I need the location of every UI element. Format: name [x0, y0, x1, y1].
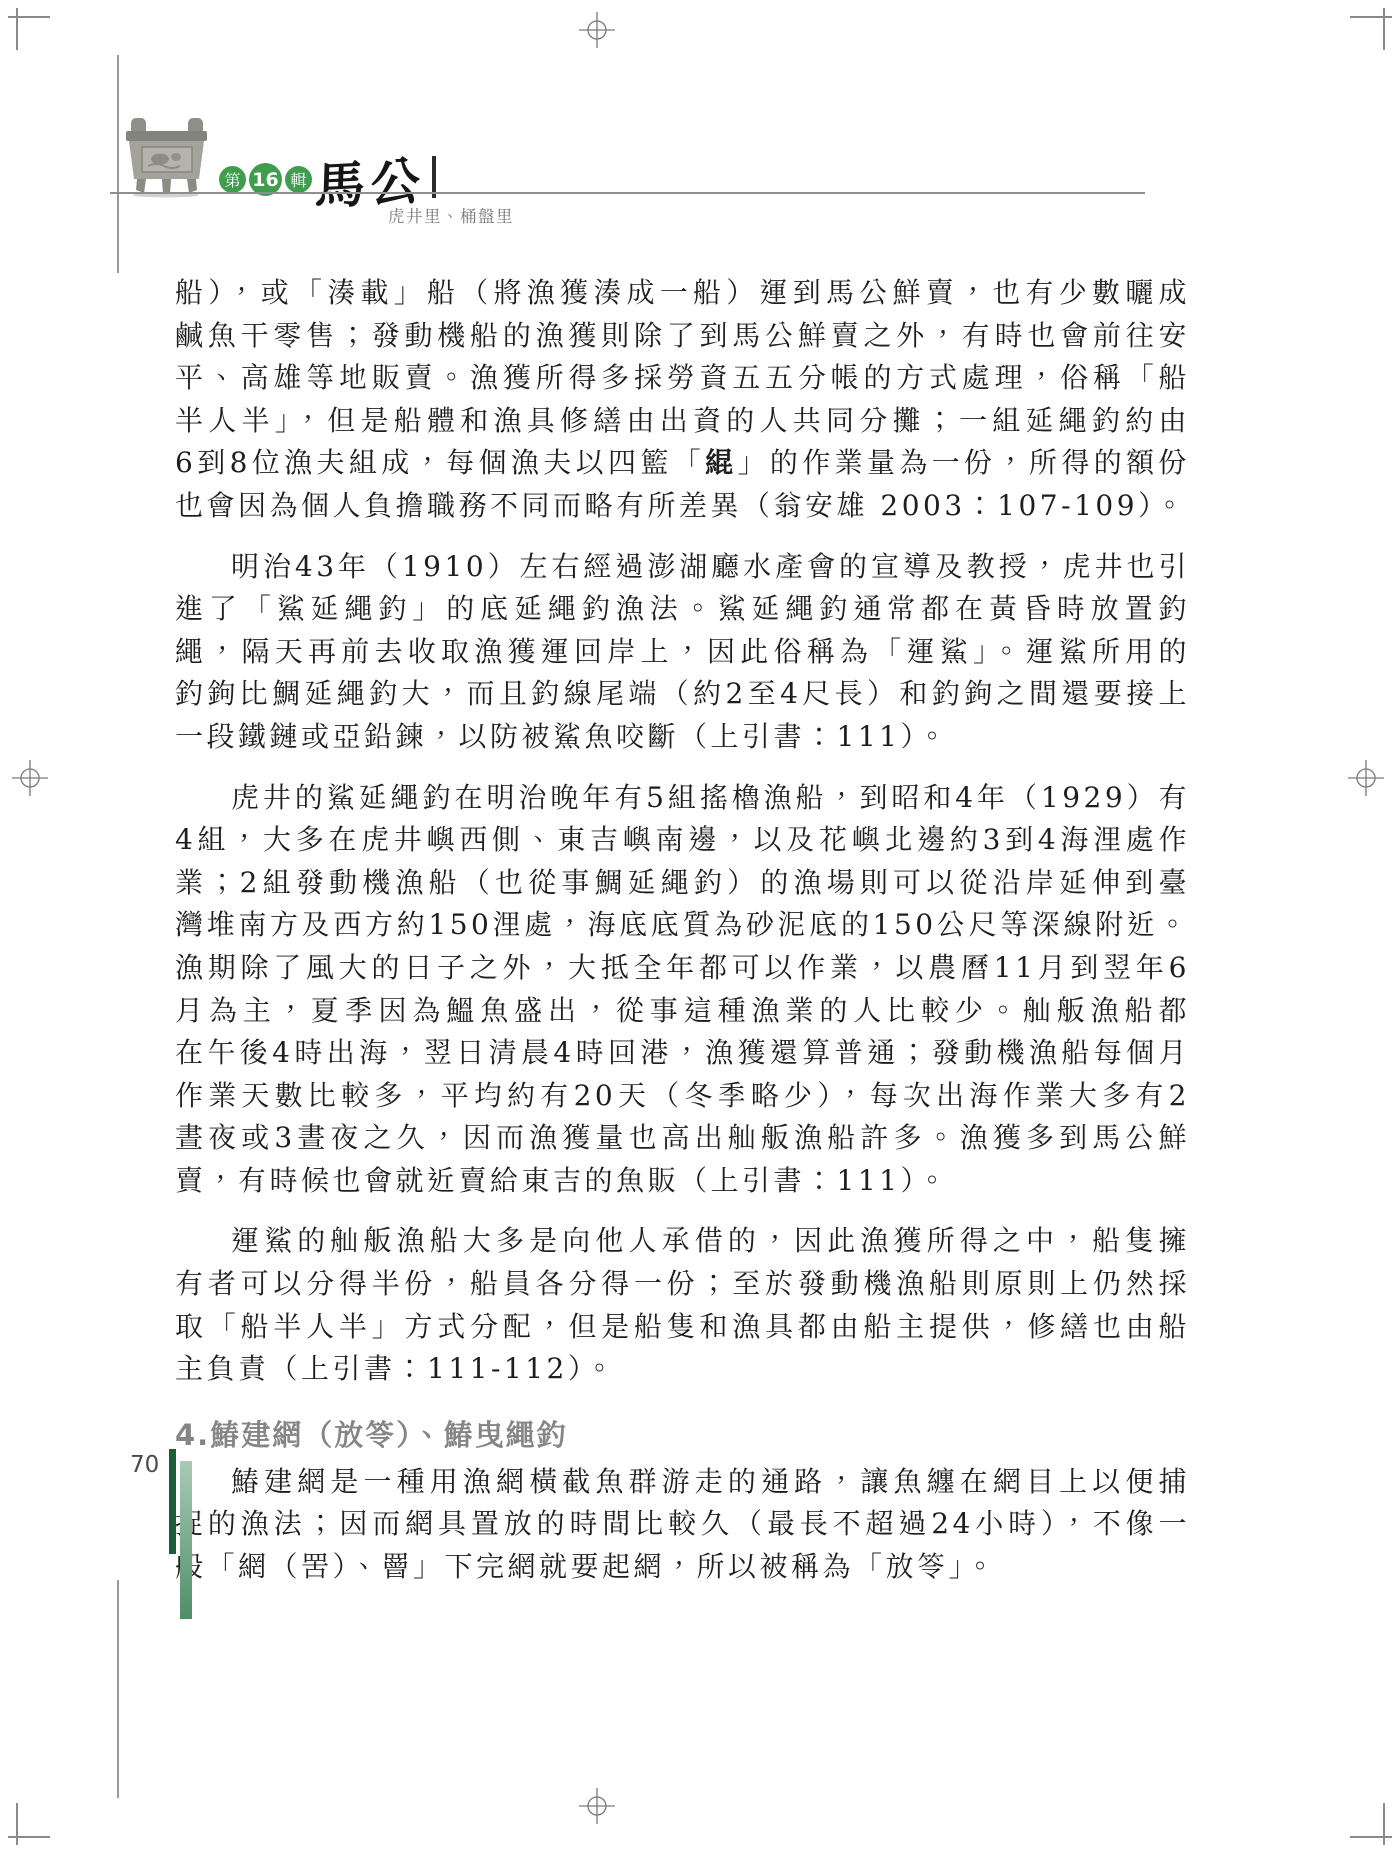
book-page: 第 16 輯 馬公 虎井里、桶盤里 船），或「湊載」船（將漁獲湊成一船）運到馬公… [0, 0, 1400, 1853]
text-line: 半人半」，但是船體和漁具修繕由出資的人共同分攤；一組延繩釣約由 [175, 400, 1190, 443]
trim-mark [1383, 8, 1385, 50]
text-line: 虎井的鯊延繩釣在明治晚年有5組搖櫓漁船，到昭和4年（1929）有 [175, 777, 1190, 820]
text-line: 鰆建網是一種用漁網橫截魚群游走的通路，讓魚纏在網目上以便捕 [175, 1461, 1190, 1504]
badge-prefix: 第 [219, 166, 246, 193]
text-line: 運鯊的舢舨漁船大多是向他人承借的，因此漁獲所得之中，船隻擁 [175, 1220, 1190, 1263]
text-line: 主負責（上引書：111-112）。 [175, 1348, 1190, 1391]
text-line: 平、高雄等地販賣。漁獲所得多採勞資五五分帳的方式處理，俗稱「船 [175, 357, 1190, 400]
registration-mark [12, 760, 48, 796]
footer-accent-bar-light [180, 1461, 192, 1619]
text-line: 進了「鯊延繩釣」的底延繩釣漁法。鯊延繩釣通常都在黃昏時放置釣 [175, 588, 1190, 631]
registration-mark [1348, 760, 1384, 796]
text-line: 有者可以分得半份，船員各分得一份；至於發動機漁船則原則上仍然採 [175, 1263, 1190, 1306]
text-line: 捉的漁法；因而網具置放的時間比較久（最長不超過24小時），不像一 [175, 1503, 1190, 1546]
paragraph: 船），或「湊載」船（將漁獲湊成一船）運到馬公鮮賣，也有少數曬成鹹魚干零售；發動機… [175, 272, 1190, 528]
text-column: 船），或「湊載」船（將漁獲湊成一船）運到馬公鮮賣，也有少數曬成鹹魚干零售；發動機… [175, 272, 1190, 1607]
text-line: 灣堆南方及西方約150浬處，海底底質為砂泥底的150公尺等深線附近。 [175, 904, 1190, 947]
text-line: 般「網（罟）、罾」下完網就要起網，所以被稱為「放笭」。 [175, 1546, 1190, 1589]
text-line: 作業天數比較多，平均約有20天（冬季略少），每次出海作業大多有2 [175, 1075, 1190, 1118]
text-line: 在午後4時出海，翌日清晨4時回港，漁獲還算普通；發動機漁船每個月 [175, 1032, 1190, 1075]
trim-mark [1350, 16, 1392, 18]
trim-mark [1383, 1803, 1385, 1845]
paragraph: 運鯊的舢舨漁船大多是向他人承借的，因此漁獲所得之中，船隻擁有者可以分得半份，船員… [175, 1220, 1190, 1390]
paragraph: 鰆建網是一種用漁網橫截魚群游走的通路，讓魚纏在網目上以便捕捉的漁法；因而網具置放… [175, 1461, 1190, 1589]
paragraph: 虎井的鯊延繩釣在明治晚年有5組搖櫓漁船，到昭和4年（1929）有4組，大多在虎井… [175, 777, 1190, 1203]
text-line: 晝夜或3晝夜之久，因而漁獲量也高出舢舨漁船許多。漁獲多到馬公鮮 [175, 1117, 1190, 1160]
trim-mark [1350, 1836, 1392, 1838]
text-line: 取「船半人半」方式分配，但是船隻和漁具都由船主提供，修繕也由船 [175, 1306, 1190, 1349]
registration-mark [579, 12, 615, 48]
text-line: 6到8位漁夫組成，每個漁夫以四籃「緄」的作業量為一份，所得的額份 [175, 442, 1190, 485]
page-number: 70 [130, 1452, 159, 1478]
text-line: 月為主，夏季因為鰮魚盛出，從事這種漁業的人比較少。舢舨漁船都 [175, 990, 1190, 1033]
text-line: 也會因為個人負擔職務不同而略有所差異（翁安雄 2003：107-109）。 [175, 485, 1190, 528]
registration-mark [579, 1788, 615, 1824]
text-line: 賣，有時候也會就近賣給東吉的魚販（上引書：111）。 [175, 1160, 1190, 1203]
chapter-subtitle: 虎井里、桶盤里 [388, 203, 514, 227]
text-line: 釣鉤比鯛延繩釣大，而且釣線尾端（約2至4尺長）和釣鉤之間還要接上 [175, 673, 1190, 716]
text-line: 船），或「湊載」船（將漁獲湊成一船）運到馬公鮮賣，也有少數曬成 [175, 272, 1190, 315]
trim-mark [8, 16, 50, 18]
text-line: 4組，大多在虎井嶼西側、東吉嶼南邊，以及花嶼北邊約3到4海浬處作 [175, 819, 1190, 862]
section-heading: 4.鰆建網（放笭）、鰆曳繩釣 [175, 1415, 1190, 1455]
trim-mark [16, 8, 18, 50]
trim-guide-line [117, 1580, 119, 1798]
trim-mark [16, 1803, 18, 1845]
text-line: 鹹魚干零售；發動機船的漁獲則除了到馬公鮮賣之外，有時也會前往安 [175, 315, 1190, 358]
text-line: 業；2組發動機漁船（也從事鯛延繩釣）的漁場則可以從沿岸延伸到臺 [175, 862, 1190, 905]
stone-incense-burner-icon [118, 116, 215, 198]
footer-accent-bar-dark [169, 1449, 176, 1554]
text-line: 一段鐵鏈或亞鉛鍊，以防被鯊魚咬斷（上引書：111）。 [175, 716, 1190, 759]
paragraph: 明治43年（1910）左右經過澎湖廳水產會的宣導及教授，虎井也引進了「鯊延繩釣」… [175, 546, 1190, 759]
text-line: 繩，隔天再前去收取漁獲運回岸上，因此俗稱為「運鯊」。運鯊所用的 [175, 631, 1190, 674]
text-line: 明治43年（1910）左右經過澎湖廳水產會的宣導及教授，虎井也引 [175, 546, 1190, 589]
trim-mark [8, 1836, 50, 1838]
badge-suffix: 輯 [285, 166, 312, 193]
header-rule [110, 192, 1145, 194]
text-line: 漁期除了風大的日子之外，大抵全年都可以作業，以農曆11月到翌年6 [175, 947, 1190, 990]
